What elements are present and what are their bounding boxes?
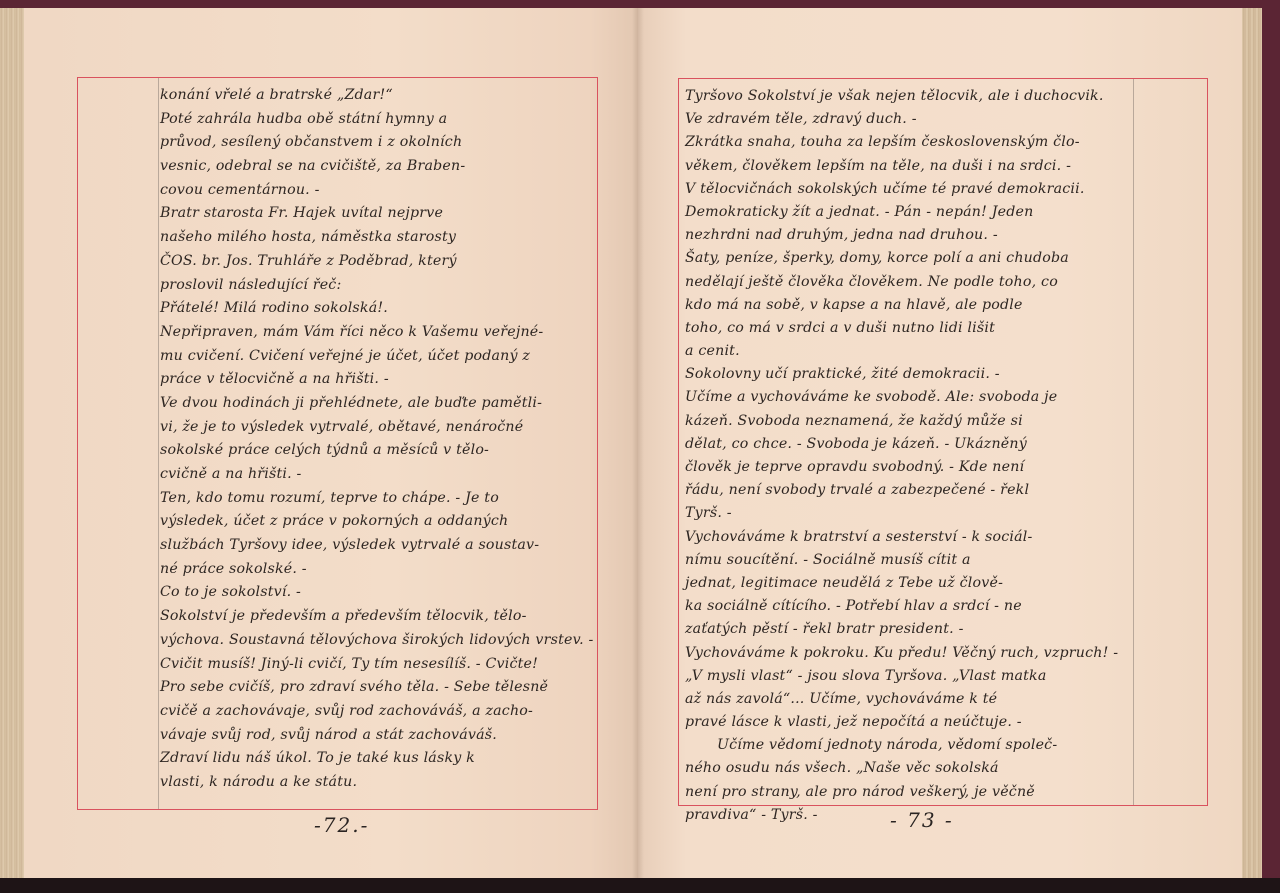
text-line: zaťatých pěstí - řekl bratr president. - [685, 618, 1205, 641]
text-line: nedělají ještě člověka člověkem. Ne podl… [685, 271, 1205, 294]
text-line: kdo má na sobě, v kapse a na hlavě, ale … [685, 294, 1205, 317]
text-line: „V mysli vlast“ - jsou slova Tyršova. „V… [685, 665, 1205, 688]
text-line: nezhrdni nad druhým, jedna nad druhou. - [685, 224, 1205, 247]
text-line: Demokraticky žít a jednat. - Pán - nepán… [685, 201, 1205, 224]
open-book: konání vřelé a bratrské „Zdar!“ Poté zah… [0, 0, 1280, 893]
text-line: vesnic, odebral se na cvičiště, za Brabe… [160, 155, 598, 179]
text-line: Co to je sokolství. - [160, 581, 598, 605]
page-number-left: -72.- [314, 813, 369, 837]
text-line: Ve zdravém těle, zdravý duch. - [685, 108, 1205, 131]
text-line: nímu soucítění. - Sociálně musíš cítit a [685, 549, 1205, 572]
text-line: vi, že je to výsledek vytrvalé, obětavé,… [160, 416, 598, 440]
text-line: Zkrátka snaha, touha za lepším českoslov… [685, 131, 1205, 154]
left-margin-line [158, 78, 159, 809]
text-line: né práce sokolské. - [160, 558, 598, 582]
text-line: konání vřelé a bratrské „Zdar!“ [160, 84, 598, 108]
text-line: našeho milého hosta, náměstka starosty [160, 226, 598, 250]
text-line: cvičně a na hřišti. - [160, 463, 598, 487]
text-line: pravé lásce k vlasti, jež nepočítá a neú… [685, 711, 1205, 734]
text-line: ka sociálně cítícího. - Potřebí hlav a s… [685, 595, 1205, 618]
text-line: dělat, co chce. - Svoboda je kázeň. - Uk… [685, 433, 1205, 456]
text-line: průvod, sesílený občanstvem i z okolních [160, 131, 598, 155]
text-line: Ve dvou hodinách ji přehlédnete, ale buď… [160, 392, 598, 416]
text-line: Nepřipraven, mám Vám říci něco k Vašemu … [160, 321, 598, 345]
text-line: Pro sebe cvičíš, pro zdraví svého těla. … [160, 676, 598, 700]
text-line: covou cementárnou. - [160, 179, 598, 203]
text-line: Vychováváme k pokroku. Ku předu! Věčný r… [685, 642, 1205, 665]
book-gutter [632, 8, 644, 878]
text-line: ného osudu nás všech. „Naše věc sokolská [685, 757, 1205, 780]
text-line: sokolské práce celých týdnů a měsíců v t… [160, 439, 598, 463]
text-line: Cvičit musíš! Jiný-li cvičí, Ty tím nese… [160, 653, 598, 677]
text-line: a cenit. [685, 340, 1205, 363]
text-line: vlasti, k národu a ke státu. [160, 771, 598, 795]
text-line: Přátelé! Milá rodino sokolská!. [160, 297, 598, 321]
text-line: Šaty, peníze, šperky, domy, korce polí a… [685, 247, 1205, 270]
text-line: jednat, legitimace neudělá z Tebe už člo… [685, 572, 1205, 595]
text-line: řádu, není svobody trvalé a zabezpečené … [685, 479, 1205, 502]
page-edges-right [1240, 8, 1262, 878]
text-line: vávaje svůj rod, svůj národ a stát zacho… [160, 724, 598, 748]
text-line: Tyršovo Sokolství je však nejen tělocvik… [685, 85, 1205, 108]
text-line: není pro strany, ale pro národ veškerý, … [685, 781, 1205, 804]
text-line: Bratr starosta Fr. Hajek uvítal nejprve [160, 202, 598, 226]
text-line: Ten, kdo tomu rozumí, teprve to chápe. -… [160, 487, 598, 511]
page-number-right: - 73 - [890, 808, 954, 832]
text-line: Učíme a vychováváme ke svobodě. Ale: svo… [685, 386, 1205, 409]
right-page: Tyršovo Sokolství je však nejen tělocvik… [638, 8, 1242, 878]
left-page-text: konání vřelé a bratrské „Zdar!“ Poté zah… [160, 84, 598, 795]
text-line: kázeň. Svoboda neznamená, že každý může … [685, 410, 1205, 433]
text-line: Učíme vědomí jednoty národa, vědomí spol… [685, 734, 1205, 757]
text-line: Sokolství je především a především těloc… [160, 605, 598, 629]
book-cover-top [0, 0, 1280, 8]
text-line: Zdraví lidu náš úkol. To je také kus lás… [160, 747, 598, 771]
text-line: službách Tyršovy idee, výsledek vytrvalé… [160, 534, 598, 558]
text-line: člověk je teprve opravdu svobodný. - Kde… [685, 456, 1205, 479]
left-page: konání vřelé a bratrské „Zdar!“ Poté zah… [24, 8, 638, 878]
text-line: práce v tělocvičně a na hřišti. - [160, 368, 598, 392]
right-page-frame: Tyršovo Sokolství je však nejen tělocvik… [678, 78, 1208, 806]
right-page-text: Tyršovo Sokolství je však nejen tělocvik… [685, 85, 1205, 827]
book-cover-bottom [0, 878, 1280, 893]
book-cover-right [1262, 0, 1280, 893]
text-line: toho, co má v srdci a v duši nutno lidi … [685, 317, 1205, 340]
page-edges-left [0, 8, 26, 878]
text-line: mu cvičení. Cvičení veřejné je účet, úče… [160, 345, 598, 369]
text-line: Tyrš. - [685, 502, 1205, 525]
text-line: věkem, člověkem lepším na těle, na duši … [685, 155, 1205, 178]
text-line: Sokolovny učí praktické, žité demokracii… [685, 363, 1205, 386]
text-line: Vychováváme k bratrství a sesterství - k… [685, 526, 1205, 549]
text-line: výchova. Soustavná tělovýchova širokých … [160, 629, 598, 653]
text-line: V tělocvičnách sokolských učíme té pravé… [685, 178, 1205, 201]
text-line: ČOS. br. Jos. Truhláře z Poděbrad, který [160, 250, 598, 274]
text-line: výsledek, účet z práce v pokorných a odd… [160, 510, 598, 534]
text-line: cvičě a zachovávaje, svůj rod zachováváš… [160, 700, 598, 724]
text-line: až nás zavolá“... Učíme, vychováváme k t… [685, 688, 1205, 711]
text-line: Poté zahrála hudba obě státní hymny a [160, 108, 598, 132]
text-line: proslovil následující řeč: [160, 274, 598, 298]
left-page-frame: konání vřelé a bratrské „Zdar!“ Poté zah… [77, 77, 598, 810]
